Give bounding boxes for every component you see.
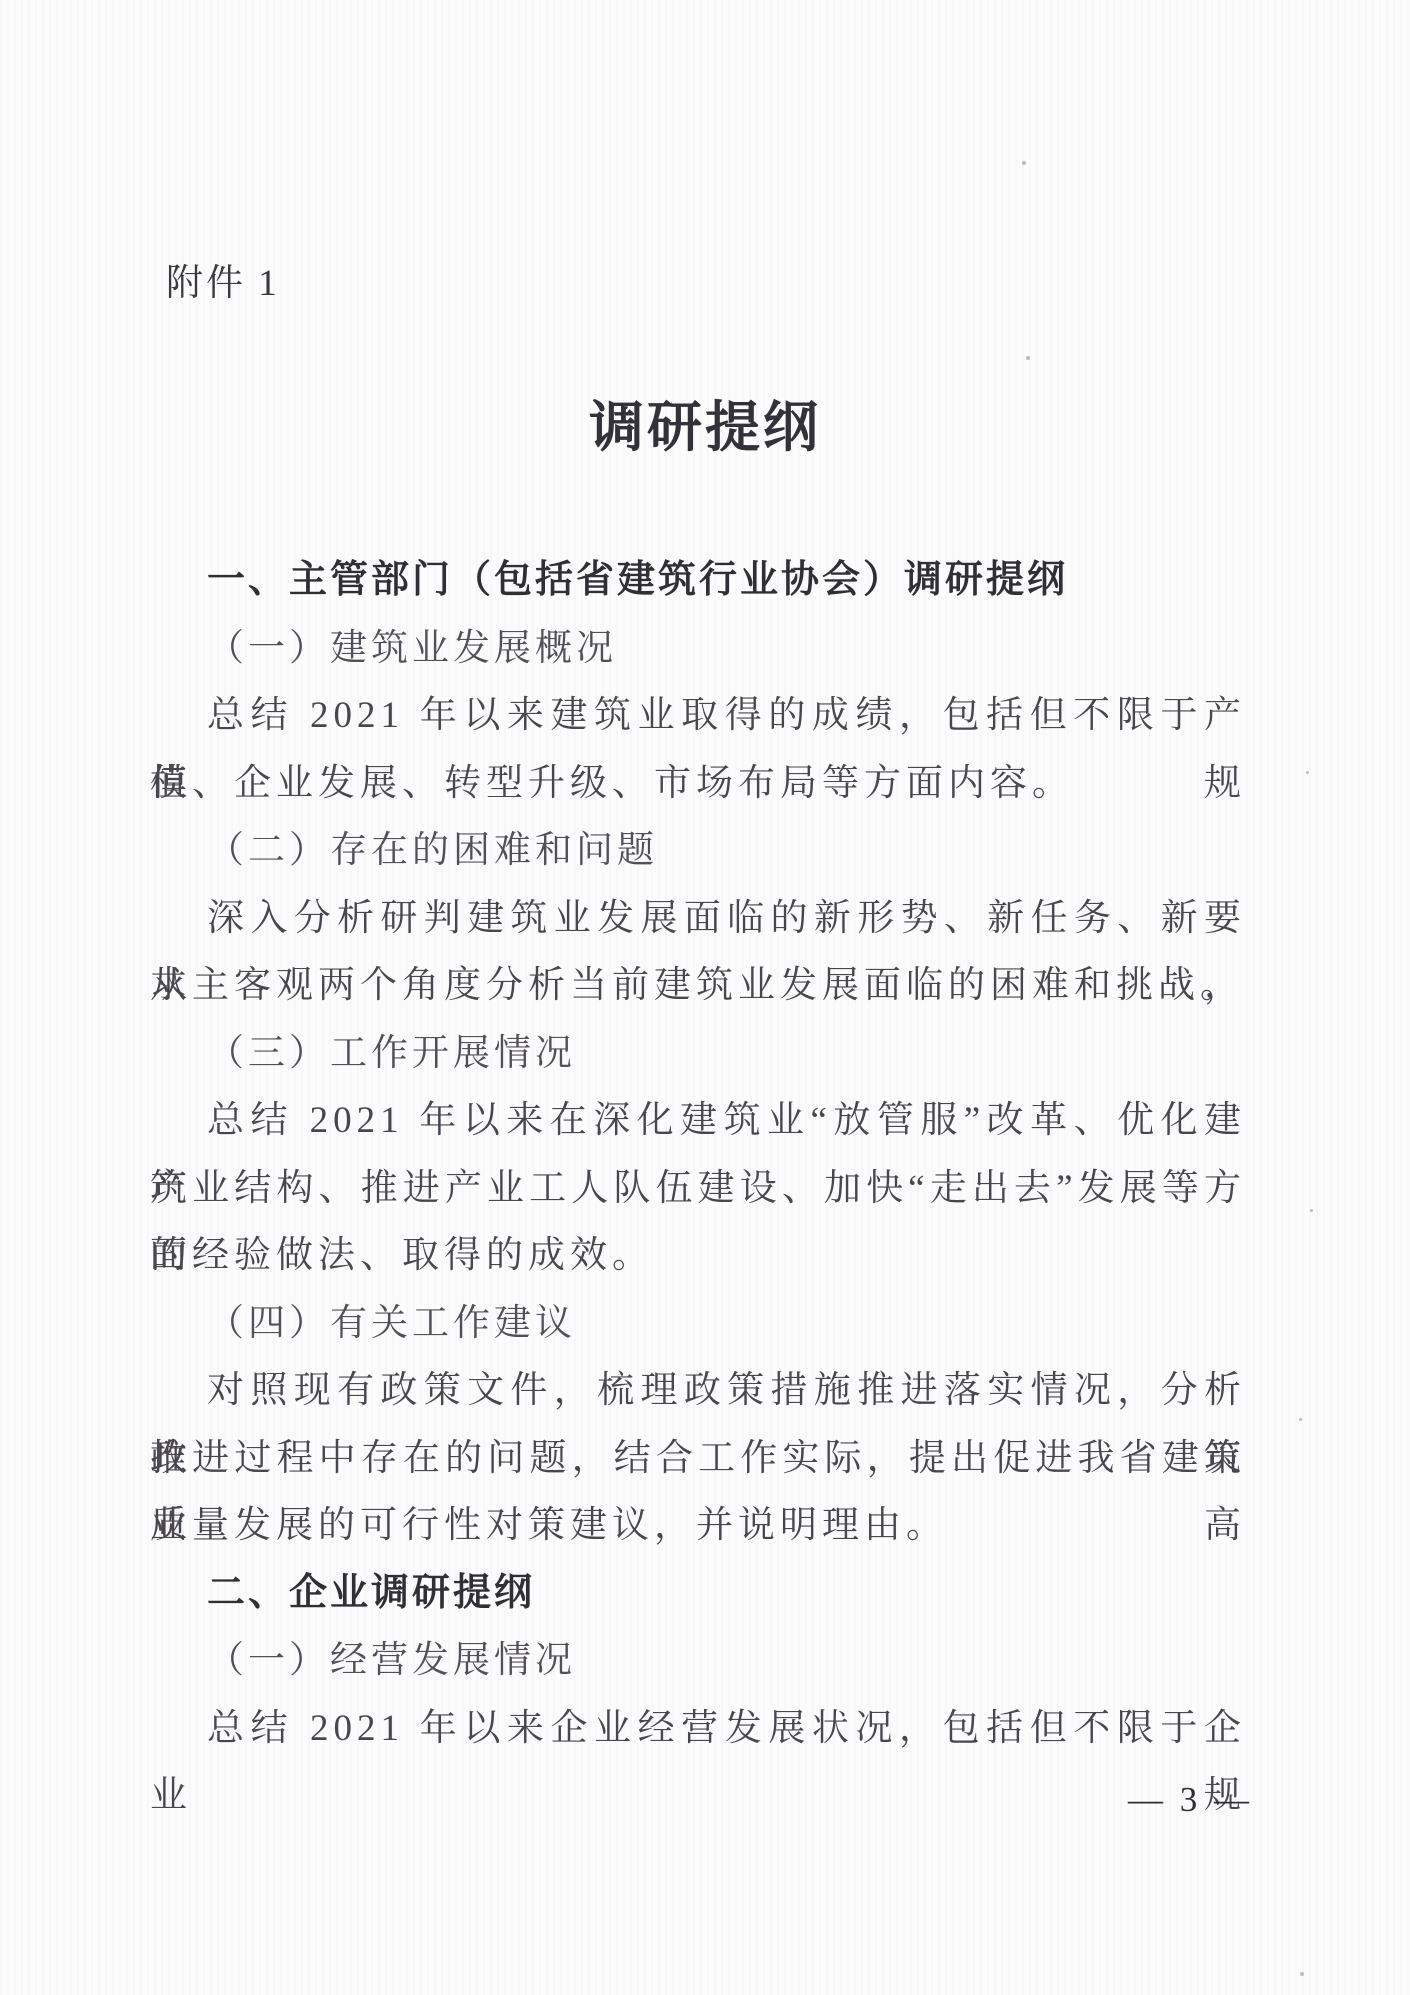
subsection-heading: （三）工作开展情况 [150, 1020, 1246, 1088]
subsection-heading: （四）有关工作建议 [150, 1290, 1246, 1358]
paragraph-line: 产业结构、推进产业工人队伍建设、加快“走出去”发展等方面 [150, 1155, 1246, 1223]
subsection-heading: （二）存在的困难和问题 [150, 817, 1246, 885]
paragraph-line: 深入分析研判建筑业发展面临的新形势、新任务、新要求， [150, 885, 1246, 953]
scan-speck [1300, 1972, 1304, 1976]
scan-speck [1306, 771, 1309, 774]
attachment-label: 附件 1 [166, 262, 280, 306]
scan-speck [1026, 356, 1030, 360]
scanned-document-page: 附件 1 调研提纲 一、主管部门（包括省建筑行业协会）调研提纲（一）建筑业发展概… [0, 0, 1410, 1995]
scan-speck [1310, 1209, 1313, 1212]
subsection-heading: （一）建筑业发展概况 [150, 615, 1246, 683]
subsection-heading: （一）经营发展情况 [150, 1627, 1246, 1695]
document-body: 一、主管部门（包括省建筑行业协会）调研提纲（一）建筑业发展概况总结 2021 年… [150, 547, 1246, 1762]
page-number: — 3 — [1128, 1779, 1253, 1821]
paragraph-line: 总结 2021 年以来企业经营发展状况，包括但不限于企业规 [150, 1695, 1246, 1763]
paragraph-line: 从主客观两个角度分析当前建筑业发展面临的困难和挑战。 [150, 952, 1246, 1020]
paragraph-line: 推进过程中存在的问题，结合工作实际，提出促进我省建筑业高 [150, 1425, 1246, 1493]
scan-speck [1299, 1418, 1302, 1421]
paragraph-line: 总结 2021 年以来在深化建筑业“放管服”改革、优化建筑 [150, 1087, 1246, 1155]
paragraph-line: 总结 2021 年以来建筑业取得的成绩，包括但不限于产值规 [150, 682, 1246, 750]
section-heading: 二、企业调研提纲 [150, 1560, 1246, 1628]
scan-speck [1022, 161, 1026, 165]
paragraph-line: 的经验做法、取得的成效。 [150, 1222, 1246, 1290]
paragraph-line: 对照现有政策文件，梳理政策措施推进落实情况，分析政策 [150, 1357, 1246, 1425]
document-title: 调研提纲 [0, 396, 1410, 460]
section-heading: 一、主管部门（包括省建筑行业协会）调研提纲 [150, 547, 1246, 615]
